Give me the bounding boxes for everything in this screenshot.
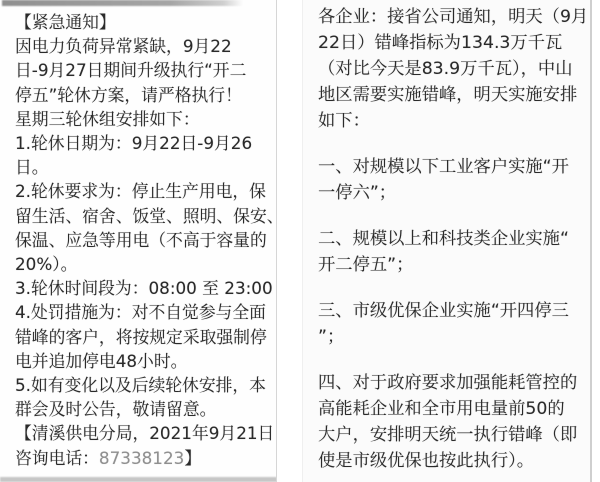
notice-footer-line: 咨询电话：87338123】	[15, 446, 273, 470]
notice-line: 3.轮休时间段为：08:00 至 23:00。	[15, 276, 273, 300]
notice-line: 1.轮休日期为：9月22日-9月26	[15, 131, 273, 155]
notice-line: 2.轮休要求为：停止生产用电，保	[15, 179, 273, 203]
notice-line: 群会及时公告，敬请留意。	[15, 397, 273, 421]
notice-line: 一、对规模以下工业客户实施“开	[318, 154, 588, 180]
notice-line: 如下：	[318, 108, 588, 134]
notice-line: 日。	[15, 155, 273, 179]
left-panel-top-crop-bar	[2, 0, 243, 6]
left-notice-text: 【紧急通知】 因电力负荷异常紧缺，9月22 日-9月27日期间升级执行“开二 停…	[15, 10, 273, 470]
notice-signature-line: 【清溪供电分局，2021年9月21日，	[15, 421, 273, 445]
phone-number: 87338123	[99, 448, 184, 468]
left-notice-panel: 【紧急通知】 因电力负荷异常紧缺，9月22 日-9月27日期间升级执行“开二 停…	[0, 0, 277, 482]
notice-line: 停五”轮休方案，请严格执行！	[15, 83, 273, 107]
notice-line: （对比今天是83.9万千瓦），中山	[318, 56, 588, 82]
notice-line: 二、规模以上和科技类企业实施“	[318, 226, 588, 252]
right-notice-text: 各企业：接省公司通知，明天（9月 22日）错峰指标为134.3万千瓦 （对比今天…	[318, 4, 588, 474]
notice-line: 因电力负荷异常紧缺，9月22	[15, 34, 273, 58]
notice-line: 20%）。	[15, 252, 273, 276]
notice-line: 大户，安排明天统一执行错峰（即	[318, 422, 588, 448]
notice-paragraph-intro: 各企业：接省公司通知，明天（9月 22日）错峰指标为134.3万千瓦 （对比今天…	[318, 4, 588, 134]
notice-line: 日-9月27日期间升级执行“开二	[15, 58, 273, 82]
screenshot-canvas: 【紧急通知】 因电力负荷异常紧缺，9月22 日-9月27日期间升级执行“开二 停…	[0, 0, 600, 482]
notice-line: 电并追加停电48小时。	[15, 349, 273, 373]
notice-line: 22日）错峰指标为134.3万千瓦	[318, 30, 588, 56]
footer-closing-bracket: 】	[184, 448, 201, 468]
notice-paragraph-item2: 二、规模以上和科技类企业实施“ 开二停五”；	[318, 226, 588, 278]
notice-paragraph-item4: 四、对于政府要求加强能耗管控的 高能耗企业和全市用电量前50的 大户，安排明天统…	[318, 370, 588, 474]
notice-line: 地区需要实施错峰，明天实施安排	[318, 82, 588, 108]
left-panel-bottom-crop-bar	[0, 477, 277, 482]
notice-line: 各企业：接省公司通知，明天（9月	[318, 4, 588, 30]
notice-paragraph-item1: 一、对规模以下工业客户实施“开 一停六”；	[318, 154, 588, 206]
notice-paragraph-item3: 三、市级优保企业实施“开四停三 ”；	[318, 298, 588, 350]
phone-label: 咨询电话：	[15, 448, 99, 468]
notice-line: 开二停五”；	[318, 252, 588, 278]
notice-line: 4.处罚措施为：对不自觉参与全面	[15, 300, 273, 324]
notice-line: ”；	[318, 324, 588, 350]
notice-line: 错峰的客户，将按规定采取强制停	[15, 325, 273, 349]
notice-line: 使是市级优保也按此执行）。	[318, 448, 588, 474]
notice-line: 5.如有变化以及后续轮休安排，本	[15, 373, 273, 397]
notice-line: 星期三轮休组安排如下：	[15, 107, 273, 131]
notice-line: 高能耗企业和全市用电量前50的	[318, 396, 588, 422]
notice-line: 四、对于政府要求加强能耗管控的	[318, 370, 588, 396]
notice-title-line: 【紧急通知】	[15, 10, 273, 34]
notice-line: 保温、应急等用电（不高于容量的	[15, 228, 273, 252]
notice-line: 一停六”；	[318, 180, 588, 206]
notice-line: 留生活、宿舍、饭堂、照明、保安、	[15, 204, 273, 228]
notice-line: 三、市级优保企业实施“开四停三	[318, 298, 588, 324]
right-notice-panel: 各企业：接省公司通知，明天（9月 22日）错峰指标为134.3万千瓦 （对比今天…	[302, 0, 592, 482]
